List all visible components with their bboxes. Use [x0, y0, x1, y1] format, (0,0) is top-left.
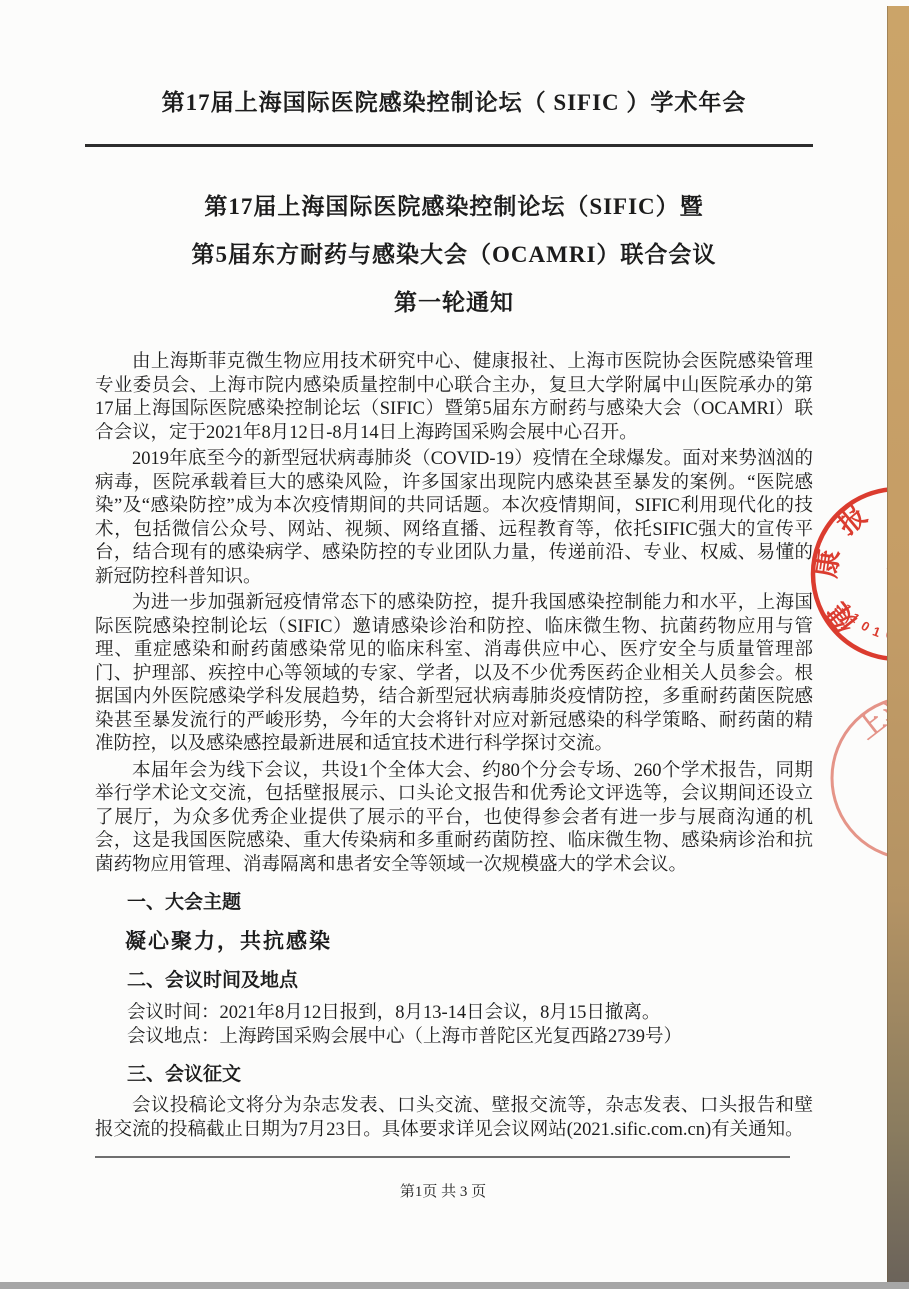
seal-digit: 1	[838, 601, 854, 615]
seal-char: 健	[821, 597, 863, 638]
seal-char: 报	[831, 498, 873, 541]
title-block: 第17届上海国际医院感染控制论坛（SIFIC）暨 第5届东方耐药与感染大会（OC…	[95, 192, 813, 318]
seal-char: 康	[809, 548, 845, 580]
section-heading-theme: 一、大会主题	[95, 891, 813, 915]
notice-title: 第一轮通知	[95, 288, 813, 318]
scan-edge-bottom	[0, 1282, 909, 1289]
paragraph-invitation: 为进一步加强新冠疫情常态下的感染防控，提升我国感染控制能力和水平，上海国际医院感…	[95, 592, 813, 757]
paragraph-conference-scale: 本届年会为线下会议，共设1个全体大会、约80个分会专场、260个学术报告，同期举…	[95, 760, 813, 878]
header-rule	[85, 144, 813, 147]
page-number: 第1页 共 3 页	[0, 1180, 886, 1201]
section-heading-time-place: 二、会议时间及地点	[95, 969, 813, 993]
conference-title-line-2: 第5届东方耐药与感染大会（OCAMRI）联合会议	[95, 240, 813, 270]
seal-digit: 0	[858, 618, 872, 635]
paragraph-call-for-papers: 会议投稿论文将分为杂志发表、口头交流、壁报交流等，杂志发表、口头报告和壁报交流的…	[95, 1095, 813, 1142]
footer-rule	[95, 1156, 790, 1158]
paragraph-organizers: 由上海斯菲克微生物应用技术研究中心、健康报社、上海市医院协会医院感染管理专业委员…	[95, 351, 813, 445]
seal-char: 上	[852, 705, 891, 745]
seal-digit: 1	[847, 610, 863, 626]
document-content: 第17届上海国际医院感染控制论坛（ SIFIC ）学术年会 第17届上海国际医院…	[95, 0, 813, 1142]
body-block: 由上海斯菲克微生物应用技术研究中心、健康报社、上海市医院协会医院感染管理专业委员…	[95, 351, 813, 1142]
section-heading-call-for-papers: 三、会议征文	[95, 1063, 813, 1087]
paragraph-covid-background: 2019年底至今的新型冠状病毒肺炎（COVID-19）疫情在全球爆发。面对来势汹…	[95, 448, 813, 589]
meeting-time-line: 会议时间：2021年8月12日报到，8月13-14日会议，8月15日撤离。	[95, 1001, 813, 1025]
scanned-document-page: 第17届上海国际医院感染控制论坛（ SIFIC ）学术年会 第17届上海国际医院…	[0, 0, 909, 1289]
time-place-lines: 会议时间：2021年8月12日报到，8月13-14日会议，8月15日撤离。 会议…	[95, 1001, 813, 1049]
seal-digit: 1	[871, 623, 883, 640]
document-header-title: 第17届上海国际医院感染控制论坛（ SIFIC ）学术年会	[95, 86, 813, 120]
conference-title-line-1: 第17届上海国际医院感染控制论坛（SIFIC）暨	[95, 192, 813, 222]
scan-edge-right	[887, 6, 909, 1282]
conference-theme: 凝心聚力，共抗感染	[95, 928, 813, 955]
meeting-place-line: 会议地点：上海跨国采购会展中心（上海市普陀区光复西路2739号）	[95, 1025, 813, 1049]
